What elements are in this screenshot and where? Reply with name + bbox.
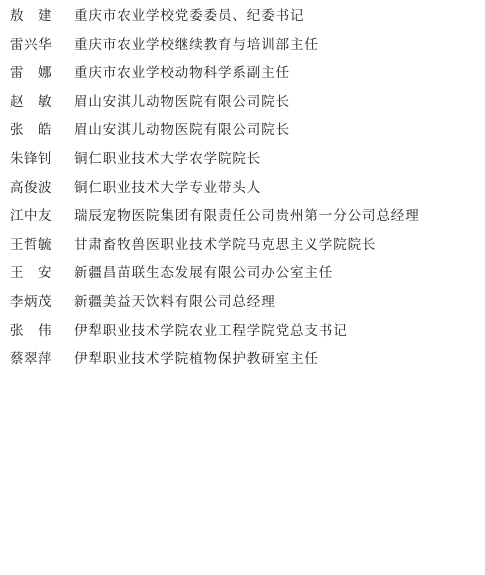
person-role: 铜仁职业技术大学专业带头人 (74, 176, 261, 200)
person-role: 新疆昌苗联生态发展有限公司办公室主任 (74, 261, 333, 285)
person-role: 铜仁职业技术大学农学院院长 (74, 147, 261, 171)
list-item: 王哲毓 甘肃畜牧兽医职业技术学院马克思主义学院院长 (0, 233, 485, 262)
person-name: 赵 敏 (10, 90, 58, 114)
person-role: 重庆市农业学校动物科学系副主任 (74, 61, 290, 85)
list-item: 王 安 新疆昌苗联生态发展有限公司办公室主任 (0, 261, 485, 290)
person-role: 伊犁职业技术学院植物保护教研室主任 (74, 347, 319, 371)
person-name: 高俊波 (10, 176, 58, 200)
person-name: 江中友 (10, 204, 58, 228)
person-name: 蔡翠萍 (10, 347, 58, 371)
person-role: 眉山安淇儿动物医院有限公司院长 (74, 90, 290, 114)
person-role: 重庆市农业学校党委委员、纪委书记 (74, 4, 304, 28)
list-item: 敖 建 重庆市农业学校党委委员、纪委书记 (0, 4, 485, 33)
member-list: 敖 建 重庆市农业学校党委委员、纪委书记 雷兴华 重庆市农业学校继续教育与培训部… (0, 4, 485, 376)
person-name: 雷兴华 (10, 33, 58, 57)
list-item: 雷兴华 重庆市农业学校继续教育与培训部主任 (0, 33, 485, 62)
list-item: 张 皓 眉山安淇儿动物医院有限公司院长 (0, 118, 485, 147)
list-item: 张 伟 伊犁职业技术学院农业工程学院党总支书记 (0, 319, 485, 348)
list-item: 朱锋钊 铜仁职业技术大学农学院院长 (0, 147, 485, 176)
person-name: 朱锋钊 (10, 147, 58, 171)
person-role: 伊犁职业技术学院农业工程学院党总支书记 (74, 319, 348, 343)
person-name: 张 皓 (10, 118, 58, 142)
person-role: 重庆市农业学校继续教育与培训部主任 (74, 33, 319, 57)
person-role: 新疆美益天饮料有限公司总经理 (74, 290, 276, 314)
list-item: 蔡翠萍 伊犁职业技术学院植物保护教研室主任 (0, 347, 485, 376)
person-name: 王哲毓 (10, 233, 58, 257)
list-item: 高俊波 铜仁职业技术大学专业带头人 (0, 176, 485, 205)
person-name: 张 伟 (10, 319, 58, 343)
person-name: 李炳茂 (10, 290, 58, 314)
list-item: 赵 敏 眉山安淇儿动物医院有限公司院长 (0, 90, 485, 119)
person-role: 瑞辰宠物医院集团有限责任公司贵州第一分公司总经理 (74, 204, 420, 228)
person-name: 王 安 (10, 261, 58, 285)
list-item: 江中友 瑞辰宠物医院集团有限责任公司贵州第一分公司总经理 (0, 204, 485, 233)
list-item: 雷 娜 重庆市农业学校动物科学系副主任 (0, 61, 485, 90)
person-name: 雷 娜 (10, 61, 58, 85)
person-name: 敖 建 (10, 4, 58, 28)
list-item: 李炳茂 新疆美益天饮料有限公司总经理 (0, 290, 485, 319)
person-role: 眉山安淇儿动物医院有限公司院长 (74, 118, 290, 142)
person-role: 甘肃畜牧兽医职业技术学院马克思主义学院院长 (74, 233, 376, 257)
